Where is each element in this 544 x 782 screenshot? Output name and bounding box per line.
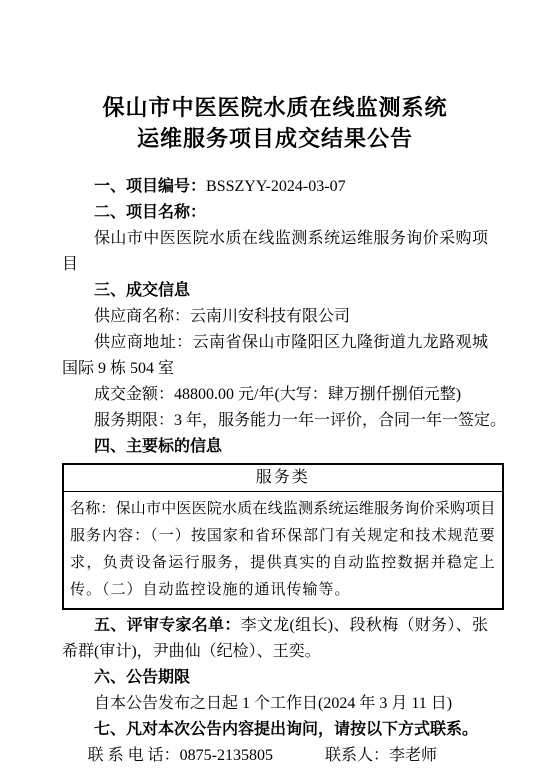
supplier-name: 供应商名称：云南川安科技有限公司 [62, 304, 488, 330]
section-4-heading-row: 四、主要标的信息 [62, 434, 488, 460]
contact-line: 联 系 电 话：0875-2135805联系人：李老师 [62, 743, 488, 769]
section-6-heading-row: 六、公告期限 [62, 665, 488, 691]
section-3-heading: 三、成交信息 [94, 282, 190, 299]
contact-phone: 0875-2135805 [180, 747, 273, 764]
section-6-heading: 六、公告期限 [94, 669, 190, 686]
table-body-row: 名称：保山市中医医院水质在线监测系统运维服务询价采购项目 服务内容：（一）按国家… [63, 492, 503, 610]
contact-person: 李老师 [389, 747, 437, 764]
supplier-address: 供应商地址：云南省保山市隆阳区九隆街道九龙路观城国际 9 栋 504 室 [62, 330, 488, 382]
project-number-value: BSSZYY-2024-03-07 [206, 178, 346, 195]
table-header-row: 服务类 [63, 464, 503, 492]
contact-person-label: 联系人： [325, 747, 389, 764]
section-2-heading: 二、项目名称： [94, 204, 206, 221]
section-5-heading: 五、评审专家名单： [94, 617, 241, 634]
section-4-heading: 四、主要标的信息 [94, 438, 222, 455]
contact-phone-label: 联 系 电 话： [88, 747, 180, 764]
announcement-page: 保山市中医医院水质在线监测系统 运维服务项目成交结果公告 一、项目编号：BSSZ… [0, 0, 544, 782]
table-content-row: 服务内容：（一）按国家和省环保部门有关规定和技术规范要求，负责设备运行服务，提供… [70, 523, 496, 604]
title-line-2: 运维服务项目成交结果公告 [62, 123, 488, 154]
page-title: 保山市中医医院水质在线监测系统 运维服务项目成交结果公告 [62, 92, 488, 154]
table-header-service-class: 服务类 [63, 464, 503, 492]
section-3-heading-row: 三、成交信息 [62, 278, 488, 304]
expert-list-paragraph: 五、评审专家名单：李文龙(组长)、段秋梅（财务）、张希群(审计)，尹曲仙（纪检）… [62, 613, 488, 665]
subject-info-table: 服务类 名称：保山市中医医院水质在线监测系统运维服务询价采购项目 服务内容：（一… [62, 463, 504, 610]
table-name-row: 名称：保山市中医医院水质在线监测系统运维服务询价采购项目 [70, 496, 496, 523]
section-7-heading-row: 七、凡对本次公告内容提出询问，请按以下方式联系。 [62, 717, 488, 743]
section-1: 一、项目编号：BSSZYY-2024-03-07 [62, 174, 488, 200]
section-7-heading: 七、凡对本次公告内容提出询问，请按以下方式联系。 [94, 721, 478, 738]
title-line-1: 保山市中医医院水质在线监测系统 [62, 92, 488, 123]
section-1-heading: 一、项目编号： [94, 178, 206, 195]
section-2-heading-row: 二、项目名称： [62, 200, 488, 226]
deal-amount: 成交金额：48800.00 元/年(大写：肆万捌仟捌佰元整) [62, 382, 488, 408]
announcement-period: 自本公告发布之日起 1 个工作日(2024 年 3 月 11 日) [62, 691, 488, 717]
service-period: 服务期限：3 年，服务能力一年一评价，合同一年一签定。 [62, 408, 488, 434]
table-body-cell: 名称：保山市中医医院水质在线监测系统运维服务询价采购项目 服务内容：（一）按国家… [63, 492, 503, 610]
project-name-value: 保山市中医医院水质在线监测系统运维服务询价采购项目 [62, 226, 488, 278]
